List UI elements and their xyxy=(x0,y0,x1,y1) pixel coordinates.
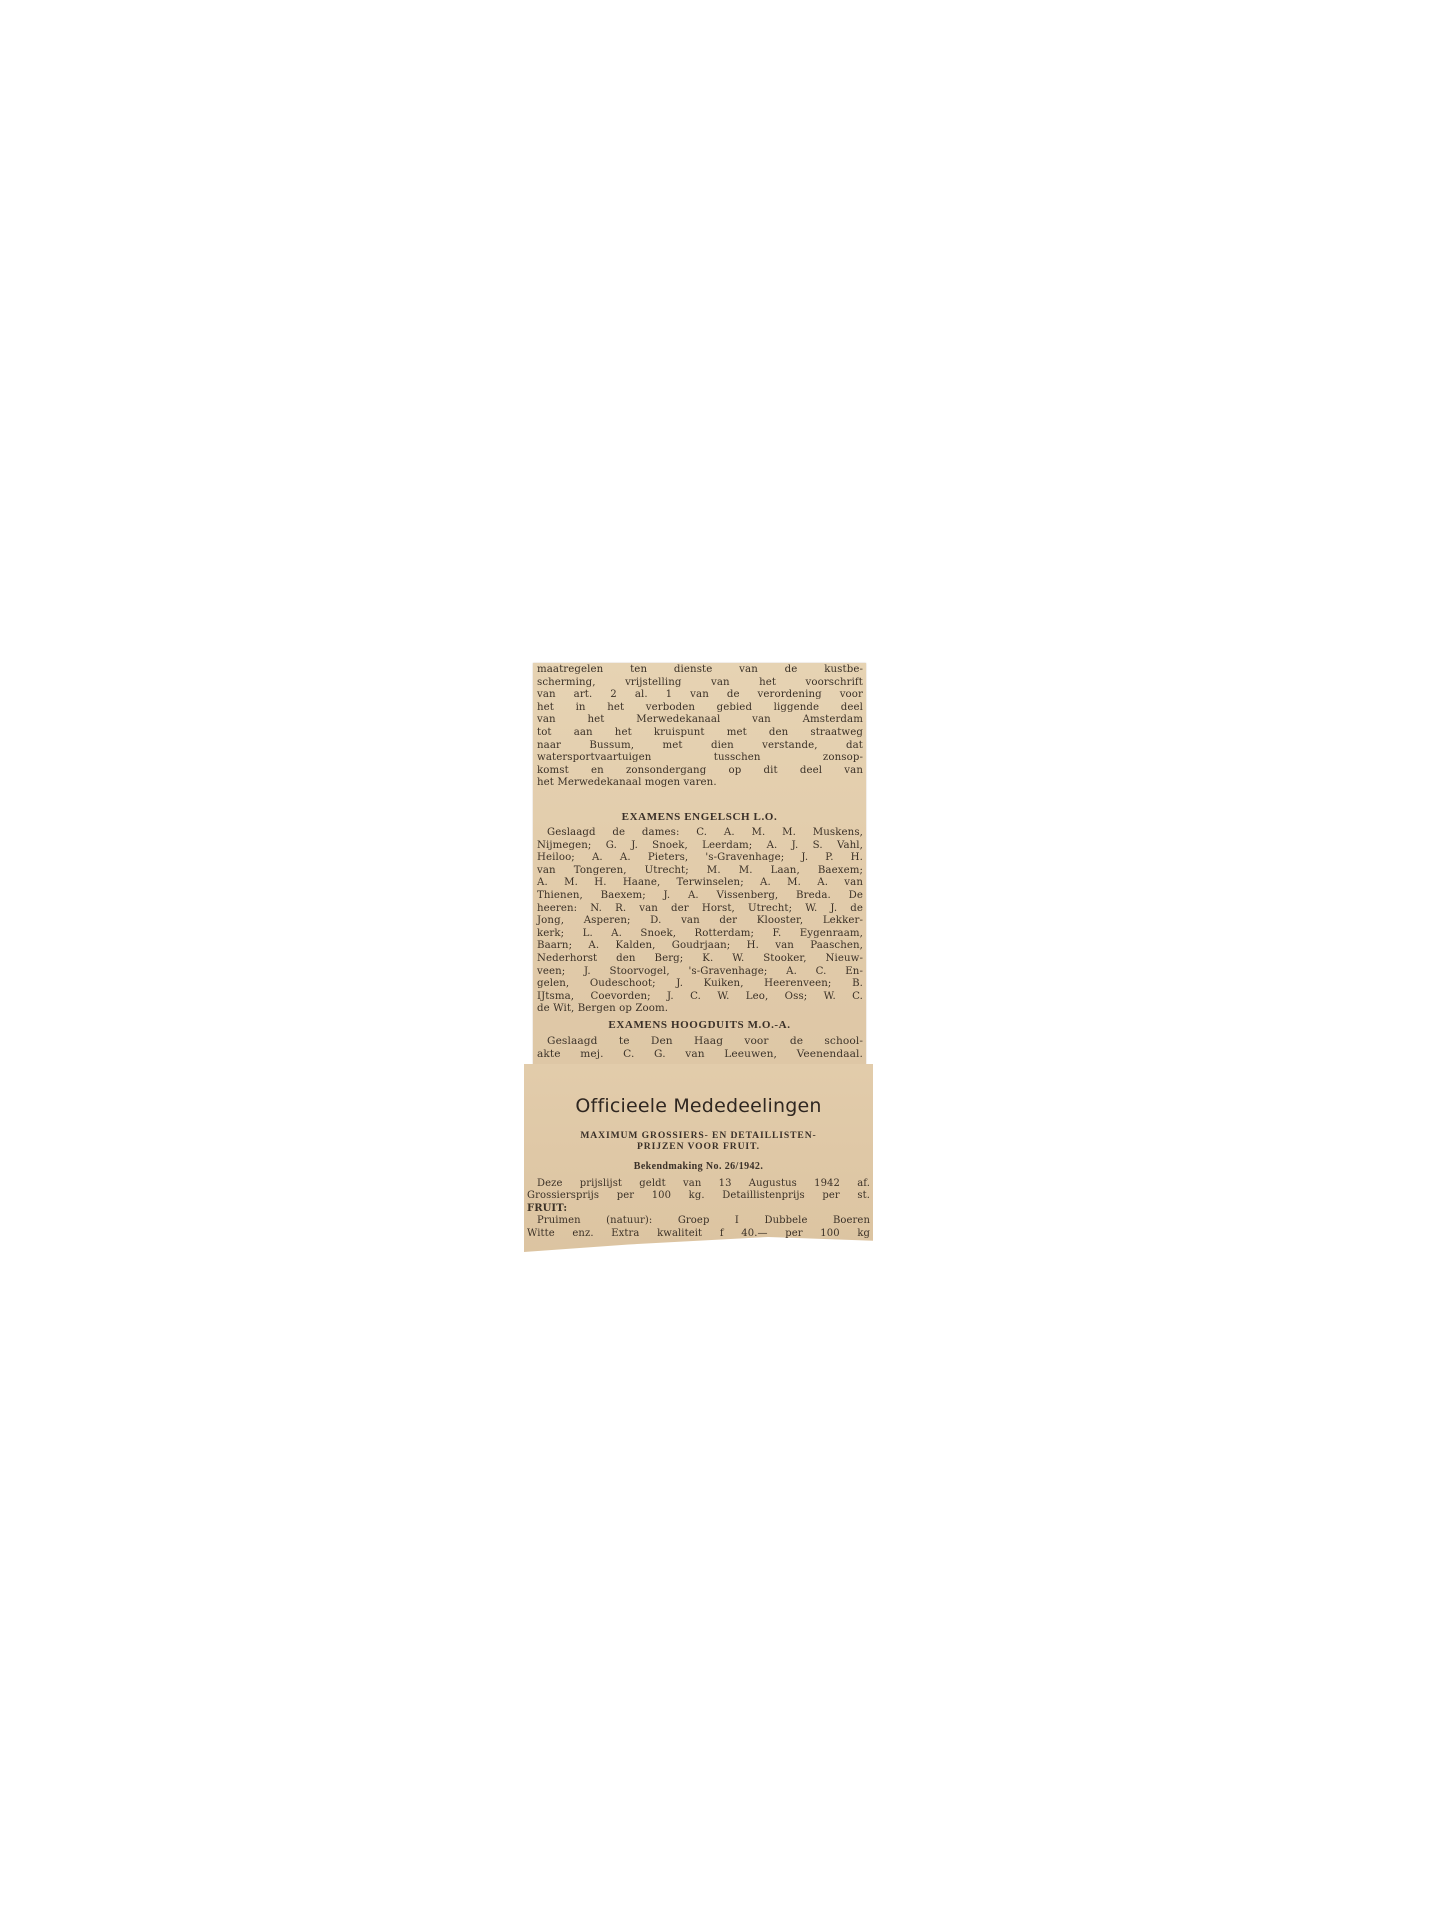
text-line: maatregelen ten dienste van de kustbe- xyxy=(537,664,863,677)
text-line: gelen, Oudeschoot; J. Kuiken, Heerenveen… xyxy=(537,978,863,991)
text-line: de Wit, Bergen op Zoom. xyxy=(537,1003,863,1016)
text-line: Heiloo; A. A. Pieters, 's-Gravenhage; J.… xyxy=(537,852,863,865)
text-line: Witte enz. Extra kwaliteit f 40.— per 10… xyxy=(527,1228,870,1240)
heading-line: PRIJZEN VOOR FRUIT. xyxy=(526,1141,871,1152)
text-line: Nederhorst den Berg; K. W. Stooker, Nieu… xyxy=(537,953,863,966)
text-line: het in het verboden gebied liggende deel xyxy=(537,702,863,715)
text-line: Pruimen (natuur): Groep I Dubbele Boeren xyxy=(527,1215,870,1227)
text-line: akte mej. C. G. van Leeuwen, Veenendaal. xyxy=(537,1048,863,1061)
text-line: Baarn; A. Kalden, Goudrjaan; H. van Paas… xyxy=(537,940,863,953)
price-list-text: Deze prijslijst geldt van 13 Augustus 19… xyxy=(527,1178,870,1240)
text-line: Geslaagd te Den Haag voor de school- xyxy=(537,1035,863,1048)
text-line: komst en zonsondergang op dit deel van xyxy=(537,765,863,778)
text-line: van art. 2 al. 1 van de verordening voor xyxy=(537,689,863,702)
text-line: Geslaagd de dames: C. A. M. M. Muskens, xyxy=(537,827,863,840)
text-line: watersportvaartuigen tusschen zonsop- xyxy=(537,752,863,765)
text-line: het Merwedekanaal mogen varen. xyxy=(537,777,863,790)
heading-line: MAXIMUM GROSSIERS- EN DETAILLISTEN- xyxy=(526,1130,871,1141)
text-line: Thienen, Baexem; J. A. Vissenberg, Breda… xyxy=(537,890,863,903)
heading-examens-engelsch: EXAMENS ENGELSCH L.O. xyxy=(533,811,866,823)
text-line: naar Bussum, met dien verstande, dat xyxy=(537,740,863,753)
text-line: FRUIT: xyxy=(527,1203,870,1215)
text-line: Deze prijslijst geldt van 13 Augustus 19… xyxy=(527,1178,870,1190)
text-line: IJtsma, Coevorden; J. C. W. Leo, Oss; W.… xyxy=(537,991,863,1004)
intro-paragraph: maatregelen ten dienste van de kustbe-sc… xyxy=(537,664,863,790)
text-line: Jong, Asperen; D. van der Klooster, Lekk… xyxy=(537,915,863,928)
text-line: A. M. H. Haane, Terwinselen; A. M. A. va… xyxy=(537,877,863,890)
text-line: scherming, vrijstelling van het voorschr… xyxy=(537,677,863,690)
text-line: veen; J. Stoorvogel, 's-Gravenhage; A. C… xyxy=(537,966,863,979)
heading-examens-hoogduits: EXAMENS HOOGDUITS M.O.-A. xyxy=(533,1019,866,1031)
engelsch-results: Geslaagd de dames: C. A. M. M. Muskens,N… xyxy=(537,827,863,1016)
hoogduits-results: Geslaagd te Den Haag voor de school-akte… xyxy=(537,1035,863,1060)
subheading-maximum-prijzen: MAXIMUM GROSSIERS- EN DETAILLISTEN-PRIJZ… xyxy=(526,1130,871,1152)
announcement-number: Bekendmaking No. 26/1942. xyxy=(524,1161,873,1172)
text-line: van Tongeren, Utrecht; M. M. Laan, Baexe… xyxy=(537,865,863,878)
text-line: kerk; L. A. Snoek, Rotterdam; F. Eygenra… xyxy=(537,928,863,941)
text-line: tot aan het kruispunt met den straatweg xyxy=(537,727,863,740)
text-line: heeren: N. R. van der Horst, Utrecht; W.… xyxy=(537,903,863,916)
text-line: Grossiersprijs per 100 kg. Detaillistenp… xyxy=(527,1190,870,1202)
heading-officieele-mededeelingen: Officieele Mededeelingen xyxy=(524,1095,873,1117)
text-line: Nijmegen; G. J. Snoek, Leerdam; A. J. S.… xyxy=(537,840,863,853)
text-line: van het Merwedekanaal van Amsterdam xyxy=(537,714,863,727)
